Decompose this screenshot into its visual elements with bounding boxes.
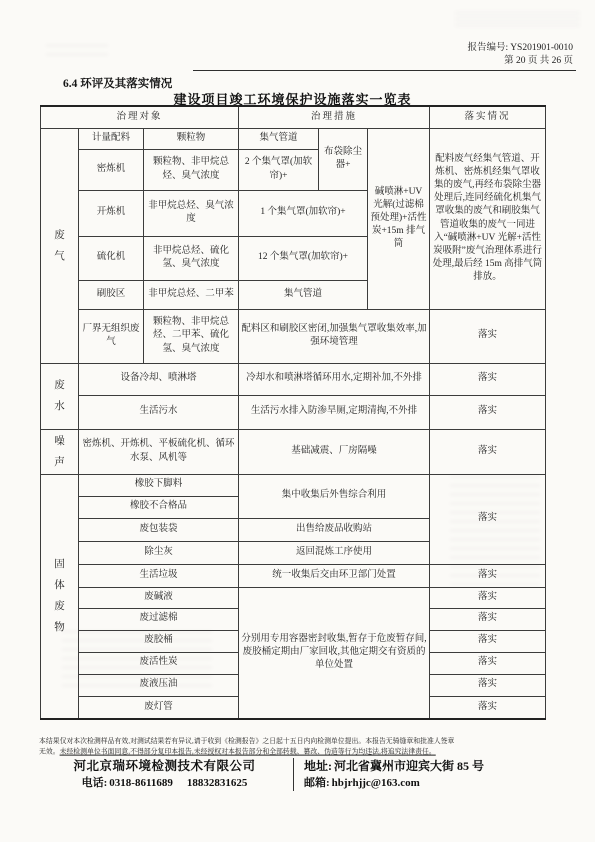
- cell-measure-fugitive: 配料区和刷胶区密闭,加强集气罩收集效率,加强环境管理: [239, 309, 430, 363]
- cell-obj-packaging: 废包装袋: [79, 518, 239, 541]
- phone-label: 电话:: [82, 777, 108, 789]
- cell-measure-vulcanizer: 12 个集气罩(加软帘)+: [239, 236, 368, 280]
- cell-impl-fugitive: 落实: [430, 309, 546, 363]
- cell-measure-openmill: 1 个集气罩(加软帘)+: [239, 190, 368, 236]
- cell-obj-hydraulic-oil: 废液压油: [79, 674, 239, 696]
- cell-impl-waste-alkali: 落实: [430, 587, 546, 608]
- cell-pol-fugitive: 颗粒物、非甲烷总烃、二甲苯、硫化氢、臭气浓度: [144, 309, 239, 363]
- cell-measure-metering: 集气管道: [239, 128, 319, 149]
- cell-impl-domestic-waste: 落实: [430, 564, 546, 587]
- col-header-measure: 治理措施: [239, 106, 430, 128]
- footer-contact: 河北京瑞环境检测技术有限公司 电话:0318-86116891883283162…: [42, 758, 558, 791]
- category-cell-noise: 噪声: [41, 429, 79, 474]
- cell-impl-hydraulic-oil: 落实: [430, 674, 546, 696]
- cell-obj-glue-barrel: 废胶桶: [79, 630, 239, 652]
- page-number-line: 第 20 页 共 26 页: [468, 55, 573, 68]
- cell-impl-noise: 落实: [430, 429, 546, 474]
- disclaimer-line2-underlined: 未经检测单位书面同意,不得部分复印本报告,未经授权对本报告部分和全部转载、篡改、…: [60, 749, 436, 756]
- cell-impl-activated-carbon: 落实: [430, 652, 546, 674]
- table-row: 废水 设备冷却、喷淋塔 冷却水和喷淋塔循环用水,定期补加,不外排 落实: [41, 363, 546, 395]
- cell-measure-sewage: 生活污水排入防渗旱厕,定期清掏,不外排: [239, 395, 430, 429]
- cell-obj-gluing: 刷胶区: [79, 280, 144, 309]
- cell-impl-glue-barrel: 落实: [430, 630, 546, 652]
- cell-impl-sewage: 落实: [430, 395, 546, 429]
- contact-left-block: 河北京瑞环境检测技术有限公司 电话:0318-86116891883283162…: [42, 758, 294, 791]
- disclaimer-line2: 无效。未经检测单位书面同意,不得部分复印本报告,未经授权对本报告部分和全部转载、…: [39, 747, 551, 758]
- epe-facilities-table: 治理对象 治理措施 落实情况 废气 计量配料 颗粒物 集气管道 布袋除尘器+ 碱…: [40, 105, 546, 720]
- contact-right-block: 地址:河北省冀州市迎宾大街 85 号 邮箱:hbjrhjjc@163.com: [294, 758, 484, 791]
- footer-disclaimer: 本结果仅对本次检测样品有效,对测试结果若有异议,请于收到《检测报告》之日起十五日…: [39, 736, 551, 758]
- address-line: 地址:河北省冀州市迎宾大街 85 号: [304, 758, 484, 775]
- cell-measure-hazardous: 分别用专用容器密封收集,暂存于危废暂存间,废胶桶定期由厂家回收,其他定期交有资质…: [239, 587, 430, 719]
- report-number-line: 报告编号:YS201901-0010: [468, 42, 573, 55]
- phone-number-2: 18832831625: [187, 777, 248, 789]
- cell-impl-waste-lamp: 落实: [430, 696, 546, 719]
- header-divider: [193, 70, 576, 71]
- header-row: 治理对象 治理措施 落实情况: [41, 106, 546, 128]
- cell-measure-dust: 返回混炼工序使用: [239, 541, 430, 564]
- disclaimer-line2-prefix: 无效。: [39, 749, 60, 756]
- cell-measure-noise: 基础减震、厂房隔噪: [239, 429, 430, 474]
- email-value: hbjrhjjc@163.com: [332, 777, 420, 789]
- address-label: 地址:: [304, 759, 332, 773]
- report-number-label: 报告编号:: [468, 43, 509, 53]
- phone-line: 电话:0318-861168918832831625: [42, 775, 287, 791]
- cell-impl-cooling: 落实: [430, 363, 546, 395]
- cell-obj-scrap-rubber: 橡胶下脚料: [79, 474, 239, 496]
- cell-impl-gas-main: 配料废气经集气管道、开炼机、密炼机经集气罩收集的废气,再经布袋除尘器处理后,连同…: [430, 128, 546, 309]
- col-header-target: 治理对象: [41, 106, 239, 128]
- email-line: 邮箱:hbjrhjjc@163.com: [304, 775, 484, 791]
- company-name: 河北京瑞环境检测技术有限公司: [42, 758, 287, 775]
- cell-obj-dust: 除尘灰: [79, 541, 239, 564]
- cell-impl-solid-group1: 落实: [430, 474, 546, 564]
- category-cell-solid: 固体废物: [41, 474, 79, 719]
- cell-obj-waste-lamp: 废灯管: [79, 696, 239, 719]
- cell-obj-waste-alkali: 废碱液: [79, 587, 239, 608]
- cell-obj-activated-carbon: 废活性炭: [79, 652, 239, 674]
- phone-number-1: 0318-8611689: [109, 777, 173, 789]
- cell-pol-metering: 颗粒物: [144, 128, 239, 149]
- table-row: 废碱液 分别用专用容器密封收集,暂存于危废暂存间,废胶桶定期由厂家回收,其他定期…: [41, 587, 546, 608]
- report-meta: 报告编号:YS201901-0010 第 20 页 共 26 页: [468, 42, 573, 68]
- scan-artifact: [455, 12, 580, 28]
- cell-measure-banbury: 2 个集气罩(加软帘)+: [239, 149, 319, 190]
- disclaimer-line1: 本结果仅对本次检测样品有效,对测试结果若有异议,请于收到《检测报告》之日起十五日…: [39, 736, 551, 747]
- cell-obj-metering: 计量配料: [79, 128, 144, 149]
- category-label-gas: 废气: [54, 225, 65, 267]
- cell-measure-resale: 集中收集后外售综合利用: [239, 474, 430, 518]
- cell-obj-cooling: 设备冷却、喷淋塔: [79, 363, 239, 395]
- category-cell-gas: 废气: [41, 128, 79, 363]
- cell-measure-gluing: 集气管道: [239, 280, 368, 309]
- col-header-status: 落实情况: [430, 106, 546, 128]
- category-label-water: 废水: [54, 375, 65, 417]
- cell-obj-domestic-waste: 生活垃圾: [79, 564, 239, 587]
- cell-obj-fugitive: 厂界无组织废气: [79, 309, 144, 363]
- cell-obj-filter-cotton: 废过滤棉: [79, 608, 239, 630]
- table-row: 噪声 密炼机、开炼机、平板硫化机、循环水泵、风机等 基础减震、厂房隔噪 落实: [41, 429, 546, 474]
- table-row: 生活污水 生活污水排入防渗旱厕,定期清掏,不外排 落实: [41, 395, 546, 429]
- table-row: 厂界无组织废气 颗粒物、非甲烷总烃、二甲苯、硫化氢、臭气浓度 配料区和刷胶区密闭…: [41, 309, 546, 363]
- cell-pol-banbury: 颗粒物、非甲烷总烃、臭气浓度: [144, 149, 239, 190]
- table-row: 生活垃圾 统一收集后交由环卫部门处置 落实: [41, 564, 546, 587]
- cell-obj-vulcanizer: 硫化机: [79, 236, 144, 280]
- category-label-solid: 固体废物: [54, 554, 65, 638]
- cell-obj-banbury: 密炼机: [79, 149, 144, 190]
- cell-pol-gluing: 非甲烷总烃、二甲苯: [144, 280, 239, 309]
- table-row: 废气 计量配料 颗粒物 集气管道 布袋除尘器+ 碱喷淋+UV 光解(过滤棉预处理…: [41, 128, 546, 149]
- cell-pol-vulcanizer: 非甲烷总烃、硫化氢、臭气浓度: [144, 236, 239, 280]
- cell-measure-bagfilter: 布袋除尘器+: [319, 128, 368, 190]
- report-number-value: YS201901-0010: [510, 43, 573, 53]
- cell-pol-openmill: 非甲烷总烃、臭气浓度: [144, 190, 239, 236]
- cell-impl-filter-cotton: 落实: [430, 608, 546, 630]
- cell-obj-openmill: 开炼机: [79, 190, 144, 236]
- cell-measure-cooling: 冷却水和喷淋塔循环用水,定期补加,不外排: [239, 363, 430, 395]
- cell-obj-sewage: 生活污水: [79, 395, 239, 429]
- email-label: 邮箱:: [304, 777, 330, 789]
- address-value: 河北省冀州市迎宾大街 85 号: [334, 759, 484, 773]
- category-cell-water: 废水: [41, 363, 79, 429]
- table-row: 固体废物 橡胶下脚料 集中收集后外售综合利用 落实: [41, 474, 546, 496]
- cell-measure-packaging: 出售给废品收购站: [239, 518, 430, 541]
- category-label-noise: 噪声: [54, 431, 65, 473]
- scan-artifact: [46, 44, 108, 60]
- cell-obj-noise: 密炼机、开炼机、平板硫化机、循环水泵、风机等: [79, 429, 239, 474]
- cell-obj-defective-rubber: 橡胶不合格品: [79, 496, 239, 518]
- cell-measure-spray: 碱喷淋+UV 光解(过滤棉预处理)+活性炭+15m 排气筒: [368, 128, 430, 309]
- cell-measure-domestic-waste: 统一收集后交由环卫部门处置: [239, 564, 430, 587]
